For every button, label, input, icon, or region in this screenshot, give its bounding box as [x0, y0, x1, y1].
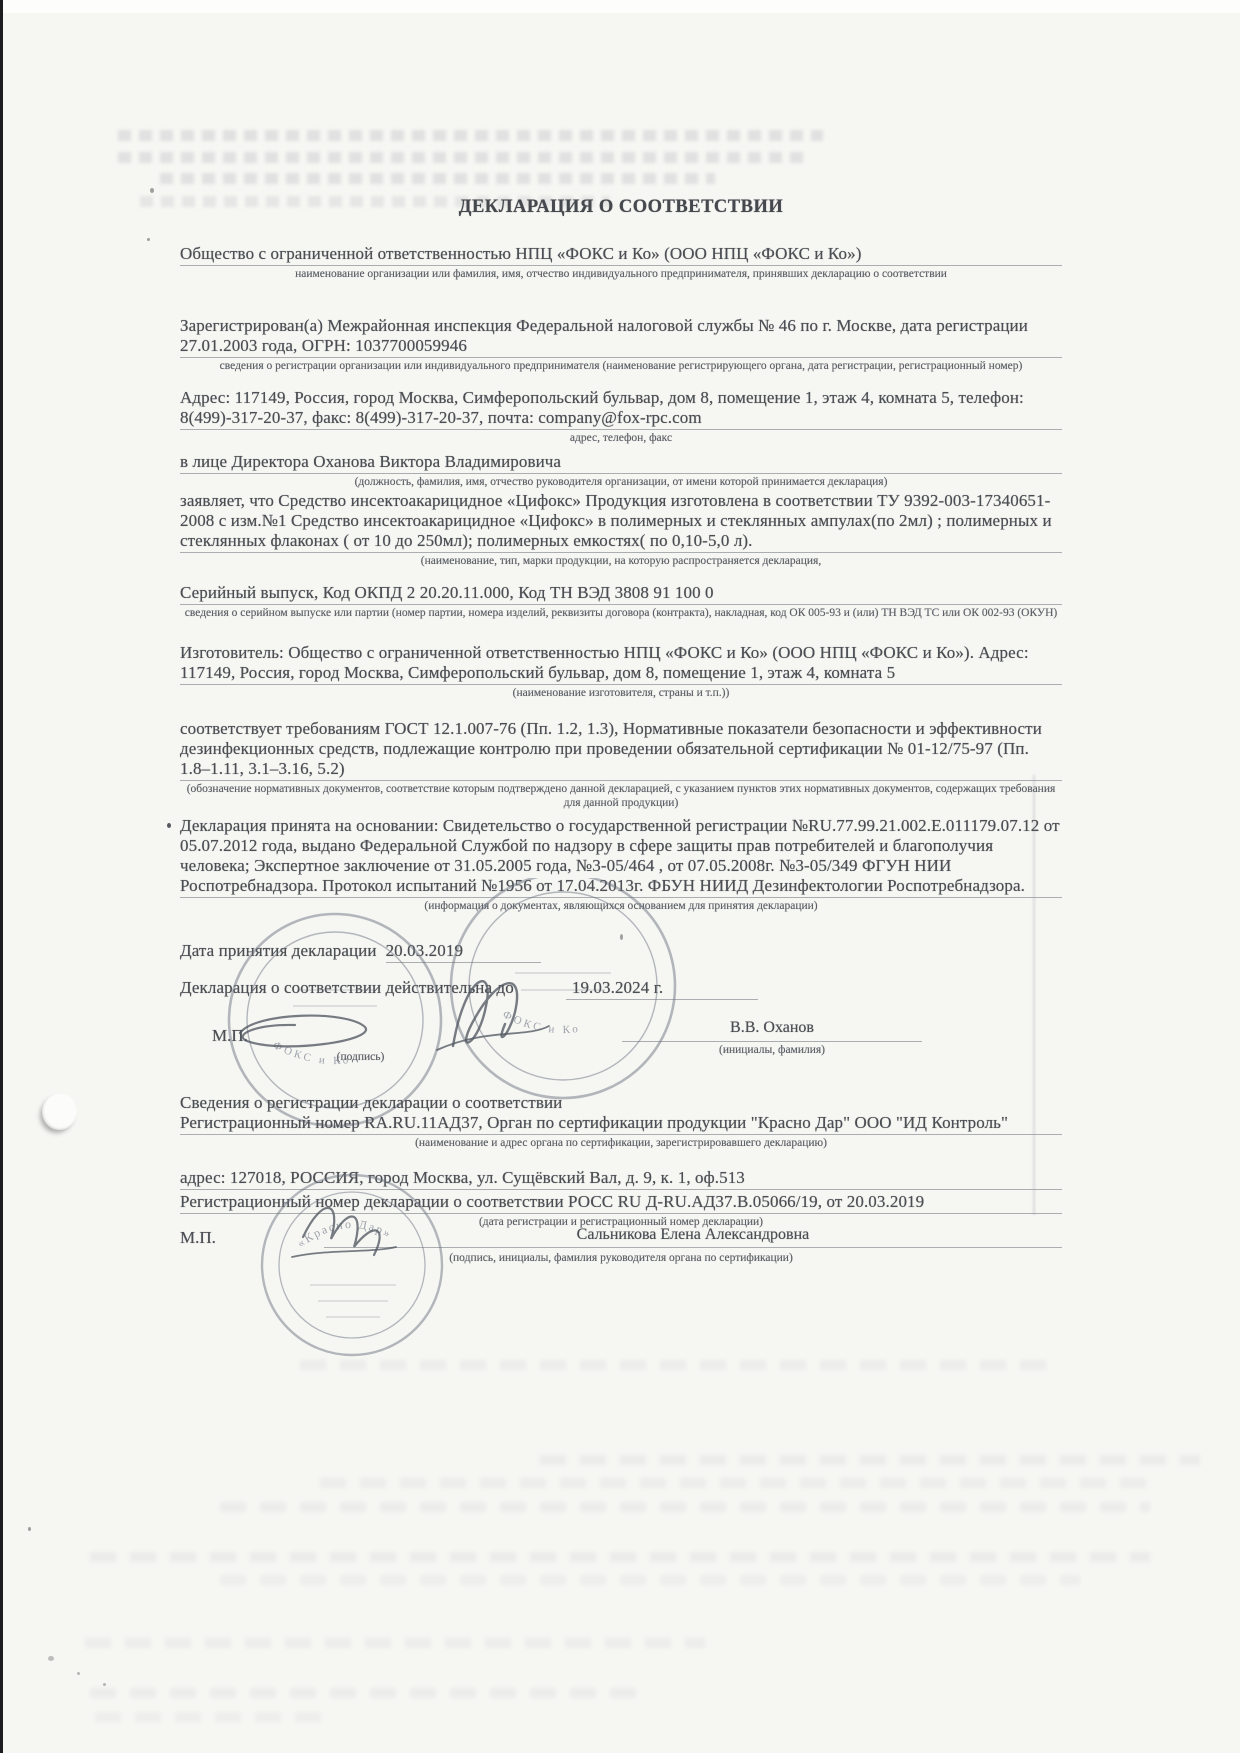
bleedthrough-table-artifact — [90, 1552, 1150, 1562]
scan-speck — [103, 1683, 106, 1686]
standards-field: соответствует требованиям ГОСТ 12.1.007-… — [180, 719, 1062, 810]
director-initial-signature — [240, 1016, 366, 1047]
scan-speck — [48, 1656, 54, 1661]
declarant-registration-caption: сведения о регистрации организации или и… — [180, 360, 1062, 374]
representative-field: в лице Директора Оханова Виктора Владими… — [180, 452, 1062, 490]
serial-codes-caption: сведения о серийном выпуске или партии (… — [180, 607, 1062, 621]
bleedthrough-table-artifact — [95, 1712, 325, 1722]
bleedthrough-table-artifact — [540, 1455, 1200, 1465]
manufacturer-caption: (наименование изготовителя, страны и т.п… — [180, 687, 1062, 701]
representative-caption: (должность, фамилия, имя, отчество руков… — [180, 476, 1062, 490]
stamp-inner-lines — [515, 973, 611, 990]
punch-hole — [42, 1093, 77, 1130]
scan-speck — [28, 1527, 31, 1531]
declarant-name: Общество с ограниченной ответственностью… — [180, 244, 1062, 266]
scan-speck — [150, 188, 154, 193]
declarant-address: Адрес: 117149, Россия, город Москва, Сим… — [180, 388, 1062, 430]
bleedthrough-table-artifact — [85, 1638, 705, 1648]
product-declaration-caption: (наименование, тип, марки продукции, на … — [180, 555, 1062, 569]
standards: соответствует требованиям ГОСТ 12.1.007-… — [180, 719, 1062, 781]
representative-name: в лице Директора Оханова Виктора Владими… — [180, 452, 1062, 474]
declarant-name-caption: наименование организации или фамилия, им… — [180, 268, 1062, 282]
manufacturer-field: Изготовитель: Общество с ограниченной от… — [180, 643, 1062, 701]
scan-edge-shadow — [0, 0, 3, 1753]
scan-speck — [77, 1672, 80, 1675]
registrar-signature-tail — [292, 1247, 396, 1257]
fox-stamp-text: ФОКС и Ко — [271, 1039, 352, 1067]
scan-speck — [147, 238, 150, 241]
bleedthrough-table-artifact — [220, 1502, 1150, 1512]
scanned-document-page: ДЕКЛАРАЦИЯ О СООТВЕТСТВИИ Общество с огр… — [0, 0, 1240, 1753]
bleedthrough-table-artifact — [90, 1688, 650, 1698]
product-declaration: заявляет, что Средство инсектоакарицидно… — [180, 491, 1062, 553]
certification-stamp: «Красно Дар» — [248, 1165, 458, 1375]
bleedthrough-text-artifact — [118, 130, 823, 141]
stamp-inner-lines — [293, 990, 377, 1006]
cert-body-caption: (наименование и адрес органа по сертифик… — [180, 1137, 1062, 1151]
document-title: ДЕКЛАРАЦИЯ О СООТВЕТСТВИИ — [180, 197, 1062, 218]
registration-section-title: Сведения о регистрации декларации о соот… — [180, 1093, 1062, 1113]
bleedthrough-text-artifact — [160, 173, 715, 184]
registrar-seal-abbr: М.П. — [180, 1228, 216, 1248]
serial-codes: Серийный выпуск, Код ОКПД 2 20.20.11.000… — [180, 583, 1062, 605]
declarant-registration-field: Зарегистрирован(а) Межрайонная инспекция… — [180, 316, 1062, 374]
cert-body-number: Регистрационный номер RA.RU.11АД37, Орга… — [180, 1113, 1062, 1135]
stamp-inner-lines — [310, 1285, 396, 1317]
cert-body-field: Регистрационный номер RA.RU.11АД37, Орга… — [180, 1113, 1062, 1151]
bleedthrough-text-artifact — [118, 152, 806, 163]
stray-bullet-mark — [167, 823, 171, 828]
declarant-address-caption: адрес, телефон, факс — [180, 432, 1062, 446]
manufacturer: Изготовитель: Общество с ограниченной от… — [180, 643, 1062, 685]
standards-caption: (обозначение нормативных документов, соо… — [180, 783, 1062, 810]
registration-section-title-field: Сведения о регистрации декларации о соот… — [180, 1093, 1062, 1113]
product-declaration-field: заявляет, что Средство инсектоакарицидно… — [180, 491, 1062, 569]
declarant-name-field: Общество с ограниченной ответственностью… — [180, 244, 1062, 282]
serial-codes-field: Серийный выпуск, Код ОКПД 2 20.20.11.000… — [180, 583, 1062, 621]
bleedthrough-table-artifact — [220, 1575, 1080, 1585]
bleedthrough-table-artifact — [320, 1478, 1160, 1488]
declarant-registration: Зарегистрирован(а) Межрайонная инспекция… — [180, 316, 1062, 358]
declarant-address-field: Адрес: 117149, Россия, город Москва, Сим… — [180, 388, 1062, 446]
scan-top-margin — [0, 0, 1240, 13]
